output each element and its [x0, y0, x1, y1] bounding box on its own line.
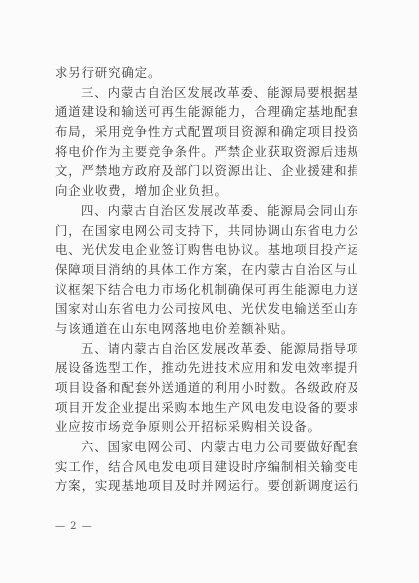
text-line: 三、内蒙古自治区发展改革委、能源局要根据基地规划和输电 — [55, 83, 357, 103]
page-number: — 2 — — [55, 521, 93, 532]
text-line: 通道建设和输送可再生能源能力，合理确定基地配套项目的建设 — [55, 102, 357, 122]
text-line: 六、国家电网公司、内蒙古电力公司要做好配套送出工程的落 — [55, 437, 357, 457]
text-line: 四、内蒙古自治区发展改革委、能源局会同山东省政府相关部 — [55, 201, 357, 221]
document-page: 求另行研究确定。三、内蒙古自治区发展改革委、能源局要根据基地规划和输电通道建设和… — [0, 0, 419, 583]
text-line: 展设备选型工作，推动先进技术应用和发电效率提升，最大化提高 — [55, 358, 357, 378]
text-line: 电、光伏发电企业签订购售电协议。基地项目投产运行后，要制定 — [55, 240, 357, 260]
body-text: 求另行研究确定。三、内蒙古自治区发展改革委、能源局要根据基地规划和输电通道建设和… — [55, 63, 357, 496]
text-line: 五、请内蒙古自治区发展改革委、能源局指导项目开发企业开 — [55, 339, 357, 359]
text-line: 方案，实现基地项目及时并网运行。要创新调度运行机制，及时总 — [55, 476, 357, 496]
text-line: 实工作，结合风电发电项目建设时序编制相关输变电设施的建设 — [55, 457, 357, 477]
text-line: 将电价作为主要竞争条件。严禁企业获取资源后违规倒卖项目批 — [55, 142, 357, 162]
text-line: 文，严禁地方政府及部门以资源出让、企业援建和捐赠等名义变相 — [55, 161, 357, 181]
text-line: 与该通道在山东电网落地电价差额补贴。 — [55, 319, 357, 339]
text-line: 业应按市场竞争原则公开招标采购相关设备。 — [55, 417, 357, 437]
text-line: 国家对山东省电力公司按风电、光伏发电输送至山东电网的电价 — [55, 299, 357, 319]
text-line: 向企业收费，增加企业负担。 — [55, 181, 357, 201]
text-line: 保障项目消纳的具体工作方案，在内蒙古自治区与山东省政府协 — [55, 260, 357, 280]
text-line: 布局，采用竞争性方式配置项目资源和确定项目投资开发企业，并 — [55, 122, 357, 142]
text-line: 项目设备和配套外送通道的利用小时数。各级政府及部门不得对 — [55, 378, 357, 398]
text-line: 门，在国家电网公司支持下，共同协调山东省电力公司与该基地风 — [55, 221, 357, 241]
text-line: 议框架下结合电力市场化机制确保可再生能源电力送出和消纳。 — [55, 280, 357, 300]
text-line: 求另行研究确定。 — [55, 63, 357, 83]
text-line: 项目开发企业提出采购本地生产风电发电设备的要求，各项目企 — [55, 398, 357, 418]
